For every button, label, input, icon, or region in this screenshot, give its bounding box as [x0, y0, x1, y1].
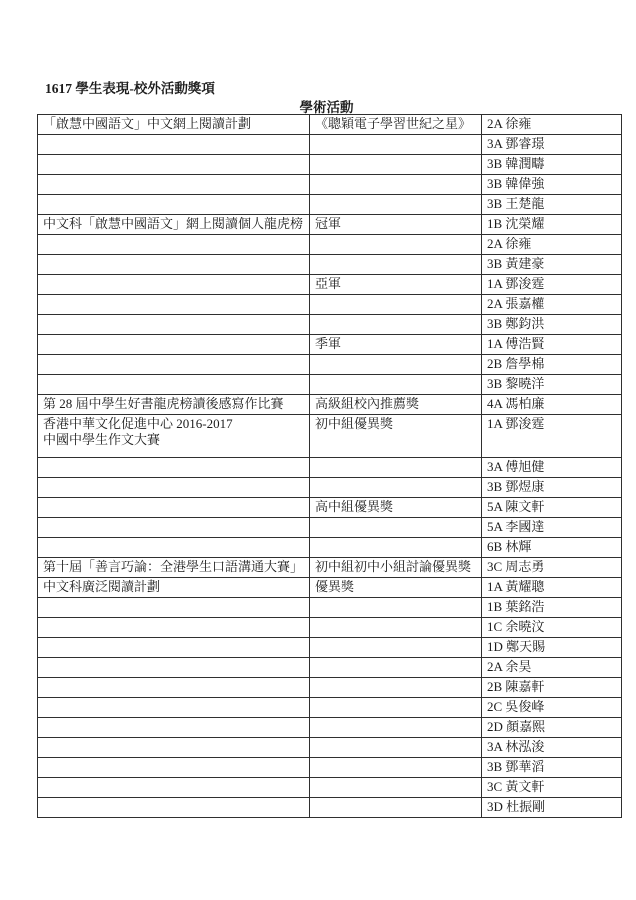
- student-cell: 2D 顏嘉熙: [482, 718, 622, 738]
- award-cell: [310, 678, 482, 698]
- award-cell: [310, 518, 482, 538]
- award-cell: [310, 538, 482, 558]
- table-row: 中文科「啟慧中國語文」網上閱讀個人龍虎榜冠軍1B 沈榮耀: [38, 215, 622, 235]
- student-cell: 3B 韓偉強: [482, 175, 622, 195]
- table-row: 2B 詹學棉: [38, 355, 622, 375]
- activity-cell: [38, 798, 310, 818]
- table-row: 第 28 屆中學生好書龍虎榜讀後感寫作比賽高級組校內推薦獎4A 馮柏廉: [38, 395, 622, 415]
- activity-cell: [38, 295, 310, 315]
- award-cell: [310, 638, 482, 658]
- table-row: 2D 顏嘉熙: [38, 718, 622, 738]
- table-row: 2B 陳嘉軒: [38, 678, 622, 698]
- table-row: 2C 吳俊峰: [38, 698, 622, 718]
- award-cell: 亞軍: [310, 275, 482, 295]
- activity-cell: [38, 658, 310, 678]
- table-row: 中文科廣泛閱讀計劃優異獎1A 黃耀聰: [38, 578, 622, 598]
- table-row: 3B 韓偉強: [38, 175, 622, 195]
- award-cell: 優異獎: [310, 578, 482, 598]
- award-cell: [310, 375, 482, 395]
- student-cell: 3A 傅旭健: [482, 458, 622, 478]
- award-cell: [310, 295, 482, 315]
- activity-cell: [38, 498, 310, 518]
- activity-cell: [38, 638, 310, 658]
- table-row: 6B 林輝: [38, 538, 622, 558]
- table-row: 3B 鄧煜康: [38, 478, 622, 498]
- activity-cell: [38, 598, 310, 618]
- activity-cell: 中文科「啟慧中國語文」網上閱讀個人龍虎榜: [38, 215, 310, 235]
- activity-cell: [38, 698, 310, 718]
- award-cell: 高中組優異獎: [310, 498, 482, 518]
- table-row: 3B 鄭鈞洪: [38, 315, 622, 335]
- activity-cell: [38, 678, 310, 698]
- awards-table-body: 「啟慧中國語文」中文網上閱讀計劃《聰穎電子學習世紀之星》2A 徐雍3A 鄧睿璟3…: [38, 115, 622, 818]
- table-row: 1D 鄭天賜: [38, 638, 622, 658]
- table-row: 3A 傅旭健: [38, 458, 622, 478]
- table-row: 2A 徐雍: [38, 235, 622, 255]
- student-cell: 2C 吳俊峰: [482, 698, 622, 718]
- document-page: 1617 學生表現-校外活動獎項 學術活動 「啟慧中國語文」中文網上閱讀計劃《聰…: [0, 0, 636, 900]
- student-cell: 1A 鄧浚霆: [482, 275, 622, 295]
- award-cell: [310, 778, 482, 798]
- student-cell: 2A 張嘉權: [482, 295, 622, 315]
- award-cell: [310, 195, 482, 215]
- award-cell: [310, 255, 482, 275]
- activity-cell: [38, 275, 310, 295]
- activity-cell: [38, 518, 310, 538]
- student-cell: 1A 鄧浚霆: [482, 415, 622, 458]
- activity-cell: [38, 478, 310, 498]
- award-cell: [310, 315, 482, 335]
- student-cell: 1C 余曉汶: [482, 618, 622, 638]
- student-cell: 3B 黎曉洋: [482, 375, 622, 395]
- table-row: 3B 鄧華滔: [38, 758, 622, 778]
- award-cell: [310, 738, 482, 758]
- student-cell: 3B 鄧煜康: [482, 478, 622, 498]
- student-cell: 2A 余昊: [482, 658, 622, 678]
- activity-cell: 第 28 屆中學生好書龍虎榜讀後感寫作比賽: [38, 395, 310, 415]
- activity-cell: [38, 235, 310, 255]
- award-cell: [310, 598, 482, 618]
- table-row: 2A 余昊: [38, 658, 622, 678]
- award-cell: [310, 235, 482, 255]
- student-cell: 3C 周志勇: [482, 558, 622, 578]
- award-cell: 初中組優異獎: [310, 415, 482, 458]
- page-title: 1617 學生表現-校外活動獎項: [45, 77, 215, 97]
- student-cell: 1A 黃耀聰: [482, 578, 622, 598]
- student-cell: 2A 徐雍: [482, 115, 622, 135]
- student-cell: 3A 林泓浚: [482, 738, 622, 758]
- student-cell: 1D 鄭天賜: [482, 638, 622, 658]
- activity-cell: [38, 175, 310, 195]
- award-cell: [310, 175, 482, 195]
- table-row: 3B 韓潤疇: [38, 155, 622, 175]
- student-cell: 1B 葉銘浩: [482, 598, 622, 618]
- activity-cell: [38, 618, 310, 638]
- activity-cell: 「啟慧中國語文」中文網上閱讀計劃: [38, 115, 310, 135]
- award-cell: [310, 618, 482, 638]
- table-row: 第十屆「善言巧論：全港學生口語溝通大賽」初中組初中小組討論優異獎3C 周志勇: [38, 558, 622, 578]
- award-cell: [310, 155, 482, 175]
- student-cell: 6B 林輝: [482, 538, 622, 558]
- award-cell: [310, 478, 482, 498]
- student-cell: 3B 鄧華滔: [482, 758, 622, 778]
- table-row: 季軍1A 傅浩賢: [38, 335, 622, 355]
- activity-cell: [38, 315, 310, 335]
- student-cell: 3C 黃文軒: [482, 778, 622, 798]
- student-cell: 2A 徐雍: [482, 235, 622, 255]
- award-cell: [310, 658, 482, 678]
- table-row: 3A 鄧睿璟: [38, 135, 622, 155]
- activity-cell: [38, 458, 310, 478]
- student-cell: 5A 陳文軒: [482, 498, 622, 518]
- table-row: 3A 林泓浚: [38, 738, 622, 758]
- table-row: 3C 黃文軒: [38, 778, 622, 798]
- student-cell: 1A 傅浩賢: [482, 335, 622, 355]
- awards-table: 「啟慧中國語文」中文網上閱讀計劃《聰穎電子學習世紀之星》2A 徐雍3A 鄧睿璟3…: [37, 114, 622, 818]
- award-cell: [310, 698, 482, 718]
- student-cell: 5A 李國達: [482, 518, 622, 538]
- activity-cell: [38, 135, 310, 155]
- section-heading: 學術活動: [37, 96, 616, 116]
- table-row: 3B 黃建豪: [38, 255, 622, 275]
- award-cell: 《聰穎電子學習世紀之星》: [310, 115, 482, 135]
- table-row: 3D 杜振剛: [38, 798, 622, 818]
- award-cell: [310, 798, 482, 818]
- student-cell: 3D 杜振剛: [482, 798, 622, 818]
- table-row: 香港中華文化促進中心 2016-2017 中國中學生作文大賽初中組優異獎1A 鄧…: [38, 415, 622, 458]
- table-row: 「啟慧中國語文」中文網上閱讀計劃《聰穎電子學習世紀之星》2A 徐雍: [38, 115, 622, 135]
- student-cell: 3B 黃建豪: [482, 255, 622, 275]
- award-cell: [310, 758, 482, 778]
- table-row: 1C 余曉汶: [38, 618, 622, 638]
- activity-cell: [38, 355, 310, 375]
- table-row: 2A 張嘉權: [38, 295, 622, 315]
- award-cell: 冠軍: [310, 215, 482, 235]
- activity-cell: [38, 375, 310, 395]
- table-row: 亞軍1A 鄧浚霆: [38, 275, 622, 295]
- student-cell: 3B 王楚龍: [482, 195, 622, 215]
- activity-cell: 中文科廣泛閱讀計劃: [38, 578, 310, 598]
- activity-cell: [38, 195, 310, 215]
- activity-cell: [38, 255, 310, 275]
- activity-cell: [38, 538, 310, 558]
- student-cell: 3B 韓潤疇: [482, 155, 622, 175]
- activity-cell: 香港中華文化促進中心 2016-2017 中國中學生作文大賽: [38, 415, 310, 458]
- award-cell: 高級組校內推薦獎: [310, 395, 482, 415]
- activity-cell: 第十屆「善言巧論：全港學生口語溝通大賽」: [38, 558, 310, 578]
- activity-cell: [38, 155, 310, 175]
- activity-cell: [38, 718, 310, 738]
- student-cell: 1B 沈榮耀: [482, 215, 622, 235]
- award-cell: 季軍: [310, 335, 482, 355]
- table-row: 5A 李國達: [38, 518, 622, 538]
- student-cell: 3B 鄭鈞洪: [482, 315, 622, 335]
- activity-cell: [38, 738, 310, 758]
- table-row: 3B 黎曉洋: [38, 375, 622, 395]
- table-row: 1B 葉銘浩: [38, 598, 622, 618]
- activity-cell: [38, 758, 310, 778]
- student-cell: 3A 鄧睿璟: [482, 135, 622, 155]
- student-cell: 2B 詹學棉: [482, 355, 622, 375]
- student-cell: 4A 馮柏廉: [482, 395, 622, 415]
- award-cell: [310, 355, 482, 375]
- award-cell: [310, 458, 482, 478]
- table-row: 高中組優異獎5A 陳文軒: [38, 498, 622, 518]
- table-row: 3B 王楚龍: [38, 195, 622, 215]
- activity-cell: [38, 335, 310, 355]
- award-cell: [310, 135, 482, 155]
- student-cell: 2B 陳嘉軒: [482, 678, 622, 698]
- award-cell: [310, 718, 482, 738]
- activity-cell: [38, 778, 310, 798]
- award-cell: 初中組初中小組討論優異獎: [310, 558, 482, 578]
